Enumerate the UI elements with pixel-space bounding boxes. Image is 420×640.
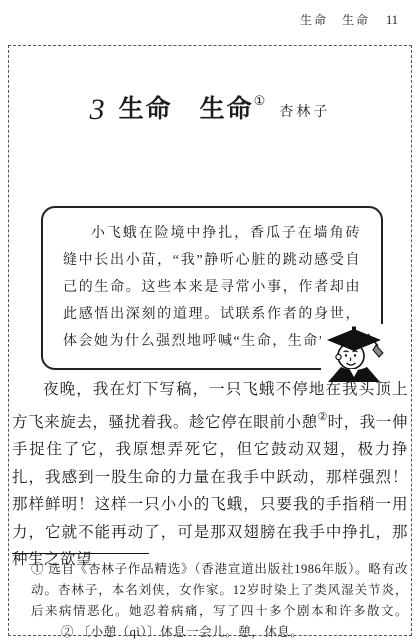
textbook-page: 生命 生命 11 3生命 生命①杏林子 小飞蛾在险境中挣扎，香瓜子在墙角砖缝中长… (0, 0, 420, 640)
body-text-part2: 时，我一伸手捉住了它，我原想弄死它，但它鼓动双翅，极力挣扎，我感到一股生命的力量… (12, 414, 408, 569)
author-name: 杏林子 (279, 105, 330, 120)
lesson-title: 3生命 生命①杏林子 (9, 88, 411, 127)
footnote-1-marker: ① (31, 562, 44, 576)
footnote-1-text: 选自《杏林子作品精选》（香港宣道出版社1986年版）。略有改动。杏林子，本名刘侠… (31, 562, 408, 618)
graduate-mascot-icon (321, 324, 387, 382)
footnote-separator (12, 553, 149, 554)
lesson-title-text: 生命 生命 (119, 95, 254, 123)
lesson-number: 3 (90, 93, 105, 126)
body-footnote-ref: ② (318, 411, 328, 423)
page-number: 11 (386, 13, 398, 28)
footnote-2-text: 〔小憩（qì）〕休息一会儿。憩，休息。 (78, 625, 303, 639)
dashed-page-border: 3生命 生命①杏林子 小飞蛾在险境中挣扎，香瓜子在墙角砖缝中长出小苗，“我”静听… (8, 45, 412, 636)
footnotes-block: ① 选自《杏林子作品精选》（香港宣道出版社1986年版）。略有改动。杏林子，本名… (31, 559, 408, 640)
intro-box: 小飞蛾在险境中挣扎，香瓜子在墙角砖缝中长出小苗，“我”静听心脏的跳动感受自己的生… (41, 206, 383, 370)
running-title: 生命 生命 (300, 11, 370, 28)
footnote-2-marker: ② (61, 625, 74, 639)
title-footnote-ref: ① (254, 93, 266, 108)
body-paragraph: 夜晚，我在灯下写稿，一只飞蛾不停地在我头顶上方飞来旋去，骚扰着我。趁它停在眼前小… (12, 376, 408, 574)
running-header: 生命 生命 11 (300, 11, 398, 28)
